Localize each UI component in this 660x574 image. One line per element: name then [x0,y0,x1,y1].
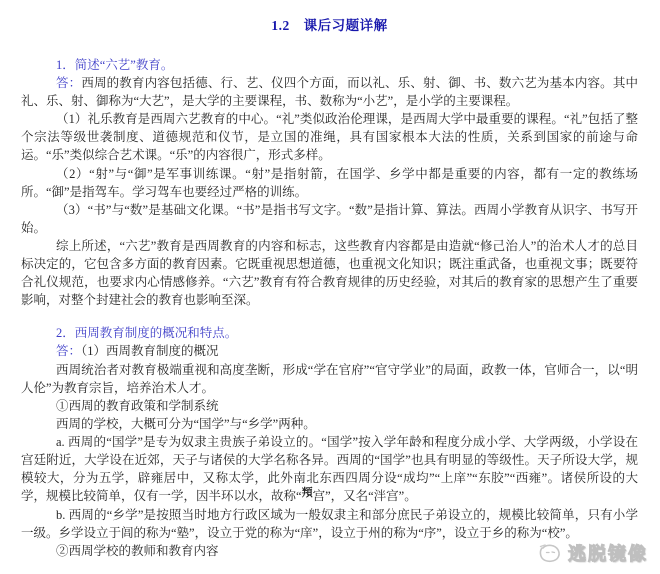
answer-paragraph: （3）“书”与“数”是基础文化课。“书”是指书写文字。“数”是指计算、算法。西周… [21,201,638,237]
paragraph-text: ①西周的教育政策和学制系统 [56,399,219,413]
sketch-logo-icon [537,540,563,566]
answer-paragraph: 综上所述，“六艺”教育是西周教育的内容和标志，这些教育内容都是由造就“修己治人”… [21,237,638,309]
paragraph-text: b. 西周的“乡学”是按照当时地方行政区域为一般奴隶主和部分庶民子弟设立的，规模… [21,508,638,540]
answer-paragraph: ①西周的教育政策和学制系统 [21,397,638,415]
paragraph-text: （3）“书”与“数”是基础文化课。“书”是指书写文字。“数”是指计算、算法。西周… [21,203,638,235]
watermark: 逃脱镜像 [537,540,648,566]
paragraph-text: 西周的学校，大概可分为“国学”与“乡学”两种。 [56,417,316,431]
answer-paragraph: （2）“射”与“御”是军事训练课。“射”是指射箭，在国学、乡学中都是重要的内容，… [21,165,638,201]
paragraph-text: 西周的教育内容包括德、行、艺、仪四个方面，而以礼、乐、射、御、书、数六艺为基本内… [21,76,638,108]
qa-section: 2．西周教育制度的概况和特点。答：（1）西周教育制度的概况西周统治者对教育极端重… [21,324,638,560]
answer-label: 答： [56,344,81,358]
answer-paragraph: b. 西周的“乡学”是按照当时地方行政区域为一般奴隶主和部分庶民子弟设立的，规模… [21,506,638,542]
answer-paragraph: 答：西周的教育内容包括德、行、艺、仪四个方面，而以礼、乐、射、御、书、数六艺为基… [21,74,638,110]
qa-section: 1．简述“六艺”教育。答：西周的教育内容包括德、行、艺、仪四个方面，而以礼、乐、… [21,56,638,309]
question-text: 2．西周教育制度的概况和特点。 [21,324,638,342]
paragraph-text: （2）“射”与“御”是军事训练课。“射”是指射箭，在国学、乡学中都是重要的内容，… [21,167,638,199]
paragraph-text: 西周统治者对教育极端重视和高度垄断，形成“学在官府”“官守学业”的局面，政教一体… [21,363,638,395]
answer-label: 答： [56,76,81,90]
page-title: 1.2 课后习题详解 [21,14,638,34]
watermark-text: 逃脱镜像 [568,540,648,566]
answer-paragraph: 西周统治者对教育极端重视和高度垄断，形成“学在官府”“官守学业”的局面，政教一体… [21,361,638,397]
answer-paragraph: a. 西周的“国学”是专为奴隶主贵族子弟设立的。“国学”按入学年龄和程度分成小学… [21,433,638,506]
answer-paragraph: （1）礼乐教育是西周六艺教育的中心。“礼”类似政治伦理课，是西周大学中最重要的课… [21,110,638,164]
document-body: 1．简述“六艺”教育。答：西周的教育内容包括德、行、艺、仪四个方面，而以礼、乐、… [21,56,638,561]
answer-paragraph: 答：（1）西周教育制度的概况 [21,342,638,360]
paragraph-text: 综上所述，“六艺”教育是西周教育的内容和标志，这些教育内容都是由造就“修己治人”… [21,239,638,307]
paragraph-text: （1）西周教育制度的概况 [81,344,219,358]
paragraph-text: 宫”，又名“泮宫”。 [313,489,417,503]
answer-paragraph: 西周的学校，大概可分为“国学”与“乡学”两种。 [21,415,638,433]
paragraph-text: （1）礼乐教育是西周六艺教育的中心。“礼”类似政治伦理课，是西周大学中最重要的课… [21,112,638,162]
question-text: 1．简述“六艺”教育。 [21,56,638,74]
paragraph-text: ②西周学校的教师和教育内容 [56,544,219,558]
raised-char: 頖 [302,484,313,502]
document-page: 1.2 课后习题详解 1．简述“六艺”教育。答：西周的教育内容包括德、行、艺、仪… [0,0,660,561]
